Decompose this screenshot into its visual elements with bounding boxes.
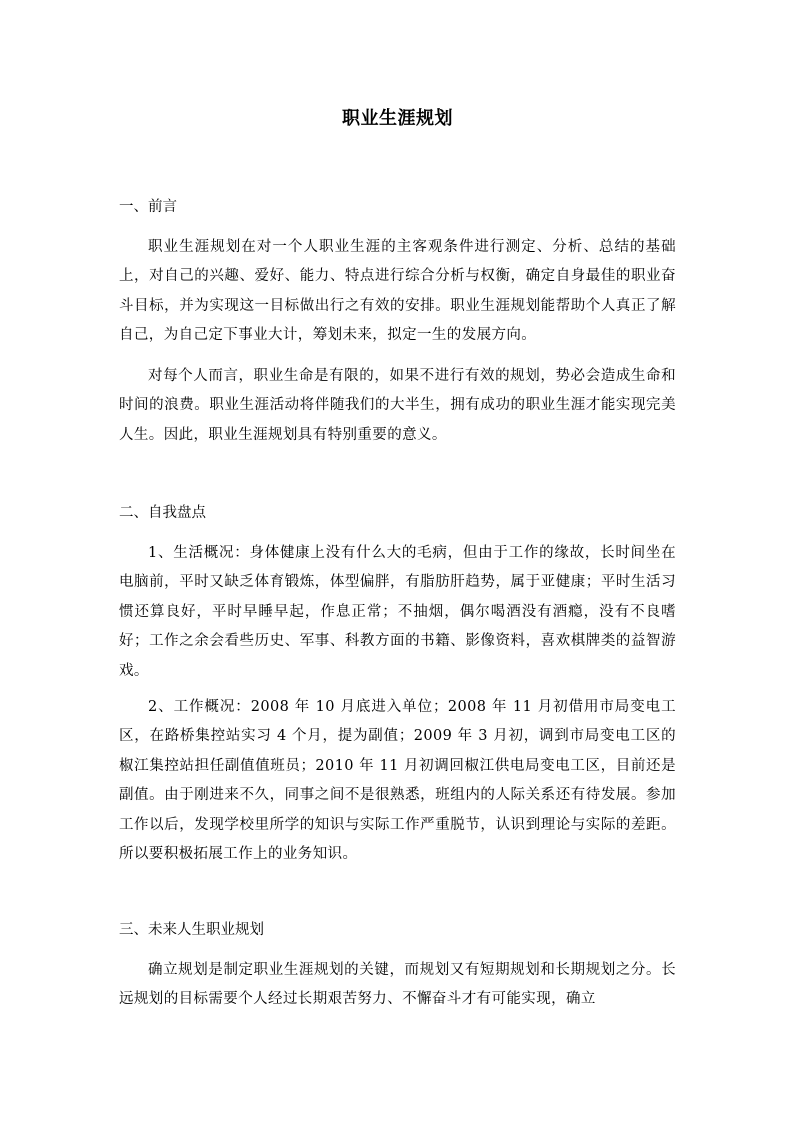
- section-heading-self-assessment: 二、自我盘点: [119, 503, 206, 523]
- document-title: 职业生涯规划: [119, 104, 676, 130]
- section-heading-preface: 一、前言: [119, 197, 177, 217]
- section-heading-future-plan: 三、未来人生职业规划: [119, 920, 264, 940]
- paragraph: 对每个人而言，职业生命是有限的，如果不进行有效的规划，势必会造成生命和时间的浪费…: [119, 362, 676, 450]
- paragraph: 2、工作概况：2008 年 10 月底进入单位；2008 年 11 月初借用市局…: [119, 693, 676, 869]
- paragraph: 1、生活概况：身体健康上没有什么大的毛病，但由于工作的缘故，长时间坐在电脑前，平…: [119, 539, 676, 686]
- paragraph: 确立规划是制定职业生涯规划的关键，而规划又有短期规划和长期规划之分。长远规划的目…: [119, 956, 676, 1015]
- paragraph: 职业生涯规划在对一个人职业生涯的主客观条件进行测定、分析、总结的基础上，对自己的…: [119, 233, 676, 351]
